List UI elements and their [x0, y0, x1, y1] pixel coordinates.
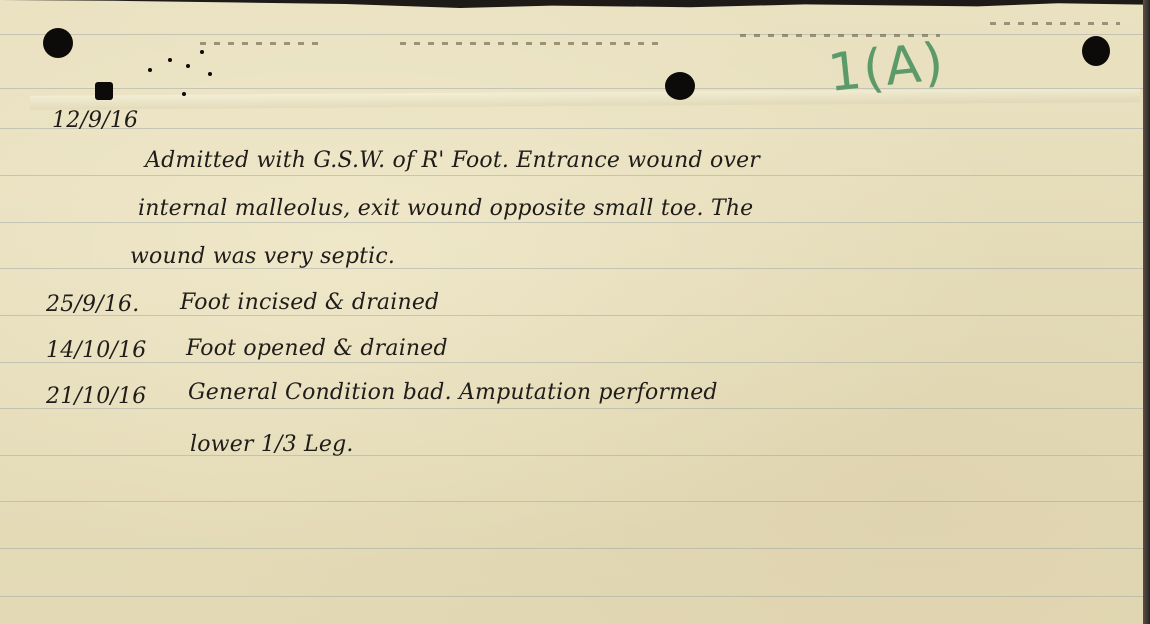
torn-top-edge [0, 0, 1143, 8]
print-residue [200, 42, 320, 45]
scan-right-edge [1143, 0, 1150, 624]
ruled-line [0, 455, 1143, 456]
punch-hole [43, 28, 73, 58]
folio-mark: 1(A) [825, 32, 948, 104]
ruled-line [0, 501, 1143, 502]
entry-line: Foot incised & drained [180, 290, 439, 315]
print-residue [400, 42, 660, 45]
ruled-line [0, 88, 1143, 89]
entry-line: wound was very septic. [130, 244, 395, 269]
ruled-line [0, 362, 1143, 363]
entry-date: 12/9/16 [52, 108, 138, 133]
entry-date: 25/9/16. [46, 292, 139, 317]
entry-line: Foot opened & drained [186, 336, 448, 361]
ruled-line [0, 596, 1143, 597]
entry-line: General Condition bad. Amputation perfor… [188, 380, 718, 405]
punch-hole [665, 72, 695, 100]
ruled-line [0, 315, 1143, 316]
ink-speck [148, 68, 152, 72]
ruled-line [0, 548, 1143, 549]
ink-speck [182, 92, 186, 96]
case-sheet-page: 1(A) 12/9/16 Admitted with G.S.W. of R' … [0, 0, 1143, 624]
entry-line: Admitted with G.S.W. of R' Foot. Entranc… [145, 148, 760, 173]
ink-speck [208, 72, 212, 76]
ruled-line [0, 128, 1143, 129]
entry-date: 14/10/16 [46, 338, 146, 363]
ruled-line [0, 408, 1143, 409]
entry-date: 21/10/16 [46, 384, 146, 409]
ruled-line [0, 222, 1143, 223]
entry-line: lower 1/3 Leg. [190, 432, 354, 457]
ink-speck [200, 50, 204, 54]
paper-crease [30, 88, 1140, 110]
ruled-line [0, 175, 1143, 176]
ink-speck [186, 64, 190, 68]
print-residue [990, 22, 1120, 25]
entry-line: internal malleolus, exit wound opposite … [138, 196, 753, 221]
ink-speck [168, 58, 172, 62]
punch-hole [1082, 36, 1110, 66]
punch-hole [95, 82, 113, 100]
ruled-line [0, 34, 1143, 35]
